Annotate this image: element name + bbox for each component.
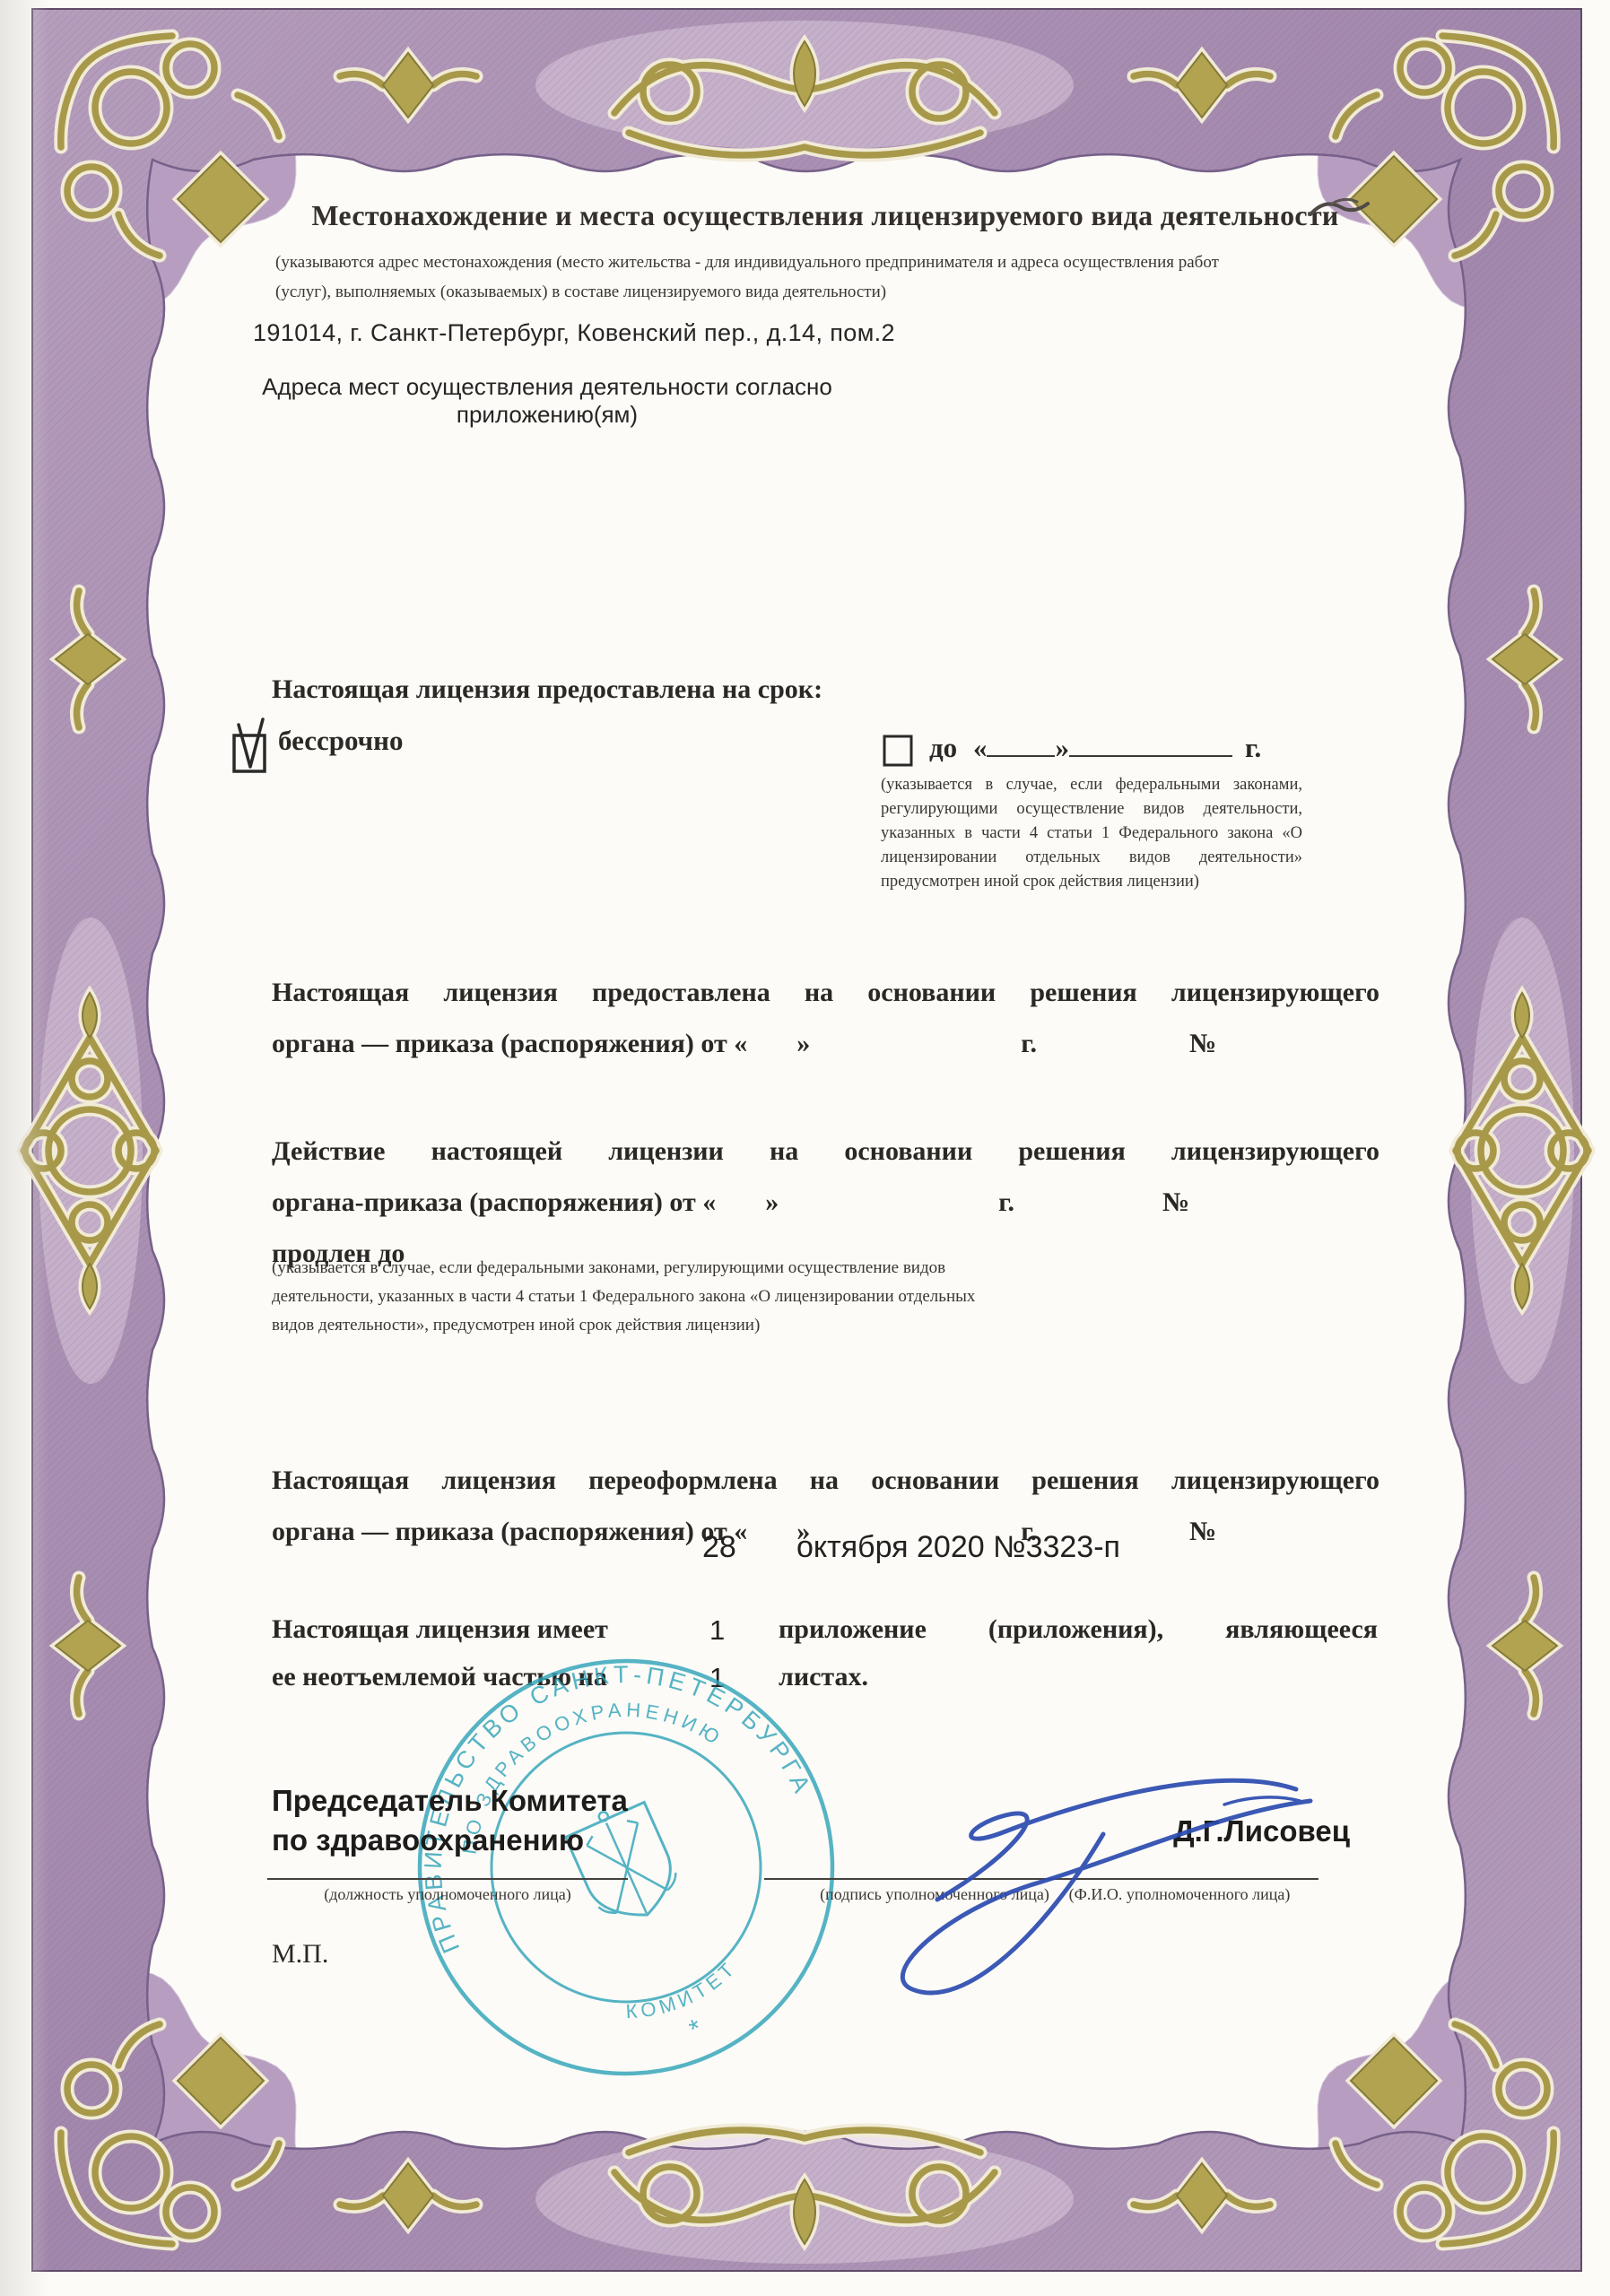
reissue-date-rest: октября 2020 №3323-п bbox=[796, 1530, 1120, 1565]
granted-line2-prefix: органа — приказа (распоряжения) от « bbox=[272, 1029, 747, 1058]
perpetual-checkbox-icon bbox=[230, 712, 271, 778]
until-word: до bbox=[929, 732, 957, 763]
handwritten-signature bbox=[830, 1749, 1332, 2045]
granted-line2: органа — приказа (распоряжения) от «»г.№ bbox=[272, 1018, 1379, 1069]
extended-note-line1: (указывается в случае, если федеральными… bbox=[272, 1254, 945, 1283]
quote-close: » bbox=[1055, 732, 1069, 763]
label-position: (должность уполномоченного лица) bbox=[267, 1885, 628, 1904]
signer-position: Председатель Комитета по здравоохранению bbox=[272, 1781, 628, 1860]
extended-quote-close: » bbox=[765, 1187, 779, 1217]
perpetual-label: бессрочно bbox=[278, 725, 404, 757]
reissued-line1: Настоящая лицензия переоформлена на осно… bbox=[272, 1455, 1379, 1506]
stamp-star: * bbox=[685, 2012, 711, 2045]
official-round-stamp: ПРАВИТЕЛЬСТВО САНКТ-ПЕТЕРБУРГА * ПО ЗДРА… bbox=[402, 1643, 850, 2092]
license-address: 191014, г. Санкт-Петербург, Ковенский пе… bbox=[233, 319, 915, 347]
svg-text:*: * bbox=[685, 2012, 711, 2045]
signer-position-line2: по здравоохранению bbox=[272, 1821, 628, 1860]
stamp-inner-bottom-text: КОМИТЕТ bbox=[618, 1952, 747, 2035]
signer-position-line1: Председатель Комитета bbox=[272, 1781, 628, 1821]
until-row: до «»г. bbox=[929, 728, 1261, 764]
svg-text:КОМИТЕТ: КОМИТЕТ bbox=[618, 1952, 747, 2035]
attachments-line1-left: Настоящая лицензия имеет bbox=[272, 1612, 693, 1648]
reissue-date-day: 28 bbox=[702, 1530, 736, 1565]
attachments-line2-right: листах. bbox=[779, 1659, 1378, 1695]
granted-line1: Настоящая лицензия предоставлена на осно… bbox=[272, 967, 1379, 1018]
extended-line2-prefix: органа-приказа (распоряжения) от « bbox=[272, 1187, 716, 1217]
granted-quote-close: » bbox=[796, 1029, 810, 1058]
page-title: Местонахождение и места осуществления ли… bbox=[269, 199, 1381, 232]
extended-line2: органа-приказа (распоряжения) от «»г.№ bbox=[272, 1177, 1379, 1228]
extended-note-line2: деятельности, указанных в части 4 статьи… bbox=[272, 1283, 975, 1311]
term-heading: Настоящая лицензия предоставлена на срок… bbox=[272, 674, 822, 705]
until-year-blank bbox=[1069, 728, 1232, 757]
quote-open: « bbox=[973, 732, 988, 763]
title-note-line1: (указываются адрес местонахождения (мест… bbox=[275, 248, 1388, 277]
year-abbr: г. bbox=[1245, 732, 1261, 763]
stamp-group: ПРАВИТЕЛЬСТВО САНКТ-ПЕТЕРБУРГА * ПО ЗДРА… bbox=[402, 1643, 850, 2092]
extended-note-line3: видов деятельности», предусмотрен иной с… bbox=[272, 1311, 760, 1340]
extended-year: г. bbox=[998, 1187, 1014, 1217]
seal-mark: М.П. bbox=[272, 1939, 328, 1970]
extended-line1: Действие настоящей лицензии на основании… bbox=[272, 1126, 1379, 1177]
until-day-blank bbox=[987, 728, 1055, 757]
attachments-count: 1 bbox=[709, 1614, 725, 1647]
title-note-line2: (услуг), выполняемых (оказываемых) в сос… bbox=[275, 277, 1388, 307]
pen-scratch-mark bbox=[1305, 184, 1386, 229]
reissued-number-sign: № bbox=[1189, 1517, 1216, 1546]
position-line bbox=[267, 1878, 628, 1880]
until-note: (указывается в случае, если федеральными… bbox=[881, 773, 1302, 894]
granted-year: г. bbox=[1021, 1029, 1037, 1058]
addresses-note: Адреса мест осуществления деятельности с… bbox=[179, 373, 915, 429]
until-checkbox-icon bbox=[882, 734, 914, 768]
attachments-line1-right: приложение (приложения), являющееся bbox=[779, 1612, 1378, 1648]
granted-number-sign: № bbox=[1189, 1029, 1216, 1058]
reissued-line2-prefix: органа — приказа (распоряжения) от « bbox=[272, 1517, 747, 1546]
license-document-page: Местонахождение и места осуществления ли… bbox=[0, 0, 1610, 2296]
extended-number-sign: № bbox=[1162, 1187, 1189, 1217]
